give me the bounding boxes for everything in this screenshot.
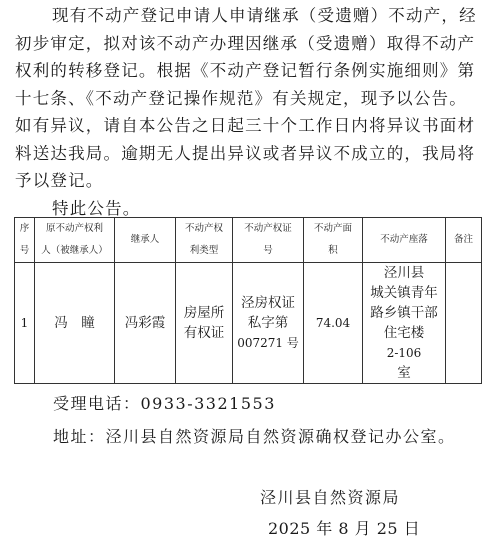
cell-heir: 冯彩霞 (115, 263, 176, 384)
table-row: 1 冯 瞳 冯彩霞 房屋所有权证 泾房权证私字第007271 号 74.04 泾… (15, 263, 482, 384)
header-remarks: 备注 (446, 218, 482, 263)
notice-line: 予以登记。 (15, 167, 487, 195)
notice-body: 现有不动产登记申请人申请继承（受遗赠）不动产，经 初步审定，拟对该不动产办理因继… (15, 2, 487, 222)
header-original-owner: 原不动产权利人（被继承人） (35, 218, 115, 263)
notice-line: 权利的转移登记。根据《不动产登记暂行条例实施细则》第 (15, 57, 487, 85)
cell-location: 泾川县城关镇青年路乡镇干部住宅楼2-106室 (363, 263, 446, 384)
notice-line: 如有异议，请自本公告之日起三十个工作日内将异议书面材 (15, 112, 487, 140)
header-area: 不动产面积 (304, 218, 363, 263)
issuer-name: 泾川县自然资源局 (260, 485, 400, 508)
notice-line: 十七条、《不动产登记操作规范》有关规定，现予以公告。 (15, 85, 487, 113)
header-index: 序号 (15, 218, 35, 263)
property-table: 序号 原不动产权利人（被继承人） 继承人 不动产权利类型 不动产权证号 不动产面… (14, 217, 482, 384)
cell-index: 1 (15, 263, 35, 384)
header-certificate-no: 不动产权证号 (233, 218, 304, 263)
address-line: 地址：泾川县自然资源局自然资源确权登记办公室。 (53, 424, 456, 447)
header-right-type: 不动产权利类型 (176, 218, 233, 263)
notice-line: 料送达我局。逾期无人提出异议或者异议不成立的，我局将 (15, 140, 487, 168)
cell-right-type: 房屋所有权证 (176, 263, 233, 384)
cell-area: 74.04 (304, 263, 363, 384)
header-location: 不动产座落 (363, 218, 446, 263)
notice-line: 现有不动产登记申请人申请继承（受遗赠）不动产，经 (15, 2, 487, 30)
cell-remarks (446, 263, 482, 384)
cell-original-owner: 冯 瞳 (35, 263, 115, 384)
notice-line: 初步审定，拟对该不动产办理因继承（受遗赠）取得不动产 (15, 30, 487, 58)
cell-certificate-no: 泾房权证私字第007271 号 (233, 263, 304, 384)
phone-line: 受理电话：0933-3321553 (53, 391, 276, 414)
table-header-row: 序号 原不动产权利人（被继承人） 继承人 不动产权利类型 不动产权证号 不动产面… (15, 218, 482, 263)
issue-date: 2025 年 8 月 25 日 (268, 516, 420, 539)
header-heir: 继承人 (115, 218, 176, 263)
